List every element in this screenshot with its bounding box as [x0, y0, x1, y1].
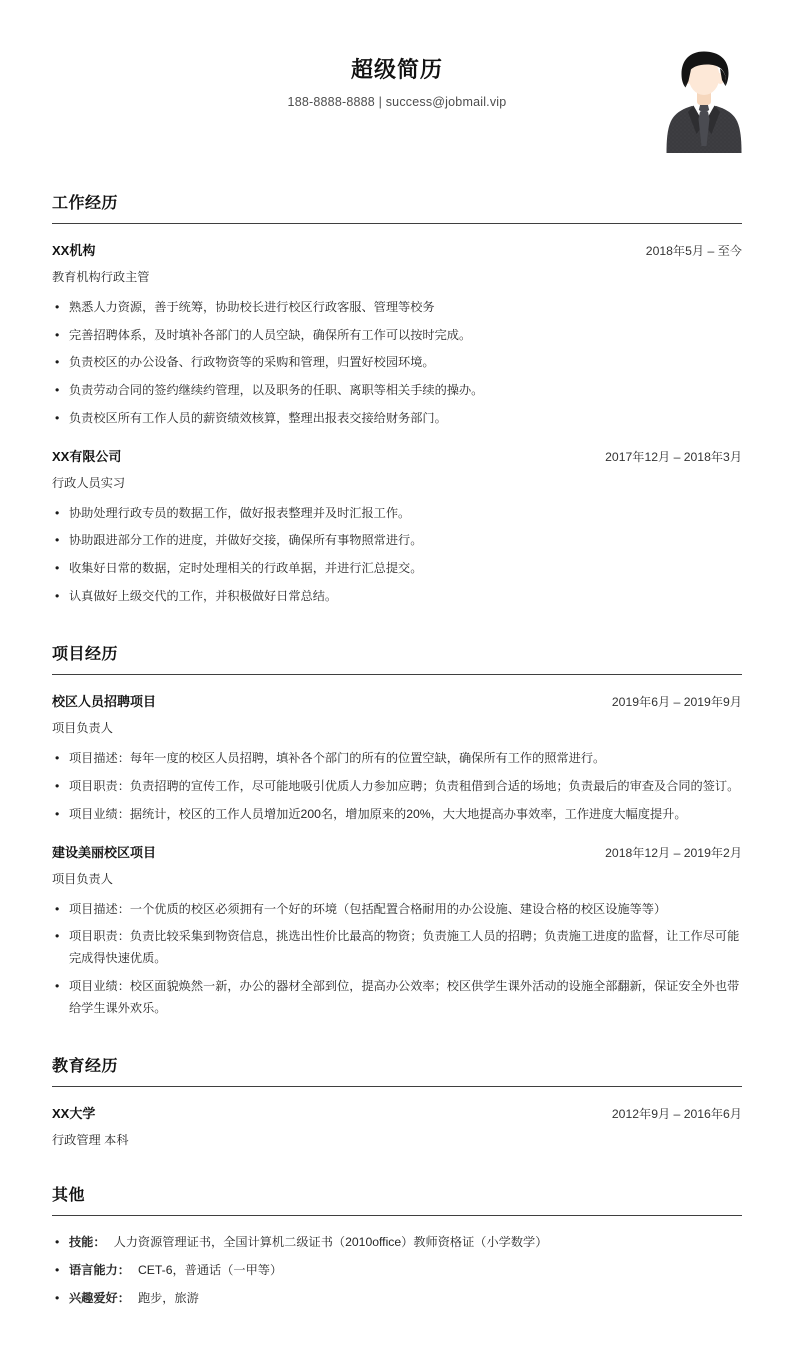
bullet-item: 兴趣爱好：跑步，旅游 [52, 1288, 742, 1310]
bullet-item: 负责劳动合同的签约继续约管理，以及职务的任职、离职等相关手续的操办。 [52, 380, 742, 402]
bullet-item: 完善招聘体系，及时填补各部门的人员空缺，确保所有工作可以按时完成。 [52, 325, 742, 347]
section-title: 工作经历 [52, 190, 742, 224]
bullet-text: 人力资源管理证书，全国计算机二级证书（2010office）教师资格证（小学数学… [114, 1235, 548, 1249]
bullet-item: 技能：人力资源管理证书，全国计算机二级证书（2010office）教师资格证（小… [52, 1232, 742, 1254]
entry-subtitle: 教育机构行政主管 [52, 268, 742, 285]
bullet-item: 语言能力：CET-6，普通话（一甲等） [52, 1260, 742, 1282]
bullet-item: 项目描述：每年一度的校区人员招聘，填补各个部门的所有的位置空缺，确保所有工作的照… [52, 748, 742, 770]
bullet-text: 认真做好上级交代的工作，并积极做好日常总结。 [69, 589, 337, 603]
resume-section: 教育经历 XX大学 2012年9月 – 2016年6月 行政管理 本科 [52, 1053, 742, 1148]
bullet-item: 协助跟进部分工作的进度，并做好交接，确保所有事物照常进行。 [52, 530, 742, 552]
bullet-text: 协助跟进部分工作的进度，并做好交接，确保所有事物照常进行。 [69, 533, 422, 547]
entry-subtitle: 行政人员实习 [52, 474, 742, 491]
bullet-label: 技能： [69, 1235, 106, 1249]
entry-subtitle: 项目负责人 [52, 719, 742, 736]
bullet-text: 项目描述：每年一度的校区人员招聘，填补各个部门的所有的位置空缺，确保所有工作的照… [69, 751, 605, 765]
bullet-list: 技能：人力资源管理证书，全国计算机二级证书（2010office）教师资格证（小… [52, 1232, 742, 1309]
resume-header: 超级简历 188-8888-8888 | success@jobmail.vip [52, 56, 742, 156]
experience-entry: XX大学 2012年9月 – 2016年6月 行政管理 本科 [52, 1103, 742, 1148]
bullet-item: 认真做好上级交代的工作，并积极做好日常总结。 [52, 586, 742, 608]
bullet-text: 项目描述：一个优质的校区必须拥有一个好的环境（包括配置合格耐用的办公设施、建设合… [69, 902, 666, 916]
resume-body: 工作经历 XX机构 2018年5月 – 至今 教育机构行政主管 熟悉人力资源，善… [52, 190, 742, 1309]
bullet-text: 收集好日常的数据，定时处理相关的行政单据，并进行汇总提交。 [69, 561, 422, 575]
section-entries: 技能：人力资源管理证书，全国计算机二级证书（2010office）教师资格证（小… [52, 1232, 742, 1309]
bullet-text: 跑步，旅游 [138, 1291, 199, 1305]
bullet-text: 项目职责：负责招聘的宣传工作，尽可能地吸引优质人力参加应聘；负责租借到合适的场地… [69, 779, 739, 793]
bullet-text: 熟悉人力资源，善于统筹，协助校长进行校区行政客服、管理等校务 [69, 300, 435, 314]
entry-date: 2018年12月 – 2019年2月 [605, 844, 742, 861]
entry-name: XX有限公司 [52, 446, 121, 465]
bullet-item: 项目职责：负责比较采集到物资信息，挑选出性价比最高的物资；负责施工人员的招聘；负… [52, 926, 742, 969]
bullet-label: 语言能力： [69, 1263, 130, 1277]
entry-name: 校区人员招聘项目 [52, 691, 156, 710]
experience-entry: XX有限公司 2017年12月 – 2018年3月 行政人员实习 协助处理行政专… [52, 446, 742, 608]
bullet-list: 项目描述：一个优质的校区必须拥有一个好的环境（包括配置合格耐用的办公设施、建设合… [52, 899, 742, 1020]
entry-subtitle: 项目负责人 [52, 870, 742, 887]
bullet-label: 兴趣爱好： [69, 1291, 130, 1305]
entry-date: 2017年12月 – 2018年3月 [605, 448, 742, 465]
entry-name: XX机构 [52, 240, 95, 259]
avatar [664, 49, 744, 153]
resume-section: 工作经历 XX机构 2018年5月 – 至今 教育机构行政主管 熟悉人力资源，善… [52, 190, 742, 607]
bullet-text: CET-6，普通话（一甲等） [138, 1263, 282, 1277]
entry-date: 2019年6月 – 2019年9月 [612, 693, 742, 710]
section-title: 其他 [52, 1182, 742, 1216]
experience-entry: 建设美丽校区项目 2018年12月 – 2019年2月 项目负责人 项目描述：一… [52, 842, 742, 1020]
bullet-item: 项目业绩：据统计，校区的工作人员增加近200名，增加原来的20%，大大地提高办事… [52, 804, 742, 826]
bullet-item: 收集好日常的数据，定时处理相关的行政单据，并进行汇总提交。 [52, 558, 742, 580]
experience-entry: XX机构 2018年5月 – 至今 教育机构行政主管 熟悉人力资源，善于统筹，协… [52, 240, 742, 430]
section-entries: XX大学 2012年9月 – 2016年6月 行政管理 本科 [52, 1103, 742, 1148]
bullet-item: 负责校区所有工作人员的薪资绩效核算，整理出报表交接给财务部门。 [52, 408, 742, 430]
entry-name: XX大学 [52, 1103, 95, 1122]
bullet-list: 项目描述：每年一度的校区人员招聘，填补各个部门的所有的位置空缺，确保所有工作的照… [52, 748, 742, 825]
resume-section: 其他 技能：人力资源管理证书，全国计算机二级证书（2010office）教师资格… [52, 1182, 742, 1309]
bullet-list: 协助处理行政专员的数据工作，做好报表整理并及时汇报工作。 协助跟进部分工作的进度… [52, 503, 742, 608]
entry-head: XX大学 2012年9月 – 2016年6月 [52, 1103, 742, 1122]
bullet-text: 协助处理行政专员的数据工作，做好报表整理并及时汇报工作。 [69, 506, 410, 520]
resume-section: 项目经历 校区人员招聘项目 2019年6月 – 2019年9月 项目负责人 项目… [52, 641, 742, 1019]
bullet-text: 项目职责：负责比较采集到物资信息，挑选出性价比最高的物资；负责施工人员的招聘；负… [69, 929, 739, 965]
experience-entry: 技能：人力资源管理证书，全国计算机二级证书（2010office）教师资格证（小… [52, 1232, 742, 1309]
bullet-item: 项目描述：一个优质的校区必须拥有一个好的环境（包括配置合格耐用的办公设施、建设合… [52, 899, 742, 921]
bullet-list: 熟悉人力资源，善于统筹，协助校长进行校区行政客服、管理等校务 完善招聘体系，及时… [52, 297, 742, 430]
bullet-text: 负责校区所有工作人员的薪资绩效核算，整理出报表交接给财务部门。 [69, 411, 447, 425]
bullet-text: 负责劳动合同的签约继续约管理，以及职务的任职、离职等相关手续的操办。 [69, 383, 483, 397]
bullet-item: 项目业绩：校区面貌焕然一新，办公的器材全部到位，提高办公效率；校区供学生课外活动… [52, 976, 742, 1019]
bullet-item: 负责校区的办公设备、行政物资等的采购和管理，归置好校园环境。 [52, 352, 742, 374]
entry-date: 2012年9月 – 2016年6月 [612, 1105, 742, 1122]
section-entries: 校区人员招聘项目 2019年6月 – 2019年9月 项目负责人 项目描述：每年… [52, 691, 742, 1019]
entry-head: 建设美丽校区项目 2018年12月 – 2019年2月 [52, 842, 742, 861]
section-title: 项目经历 [52, 641, 742, 675]
bullet-text: 项目业绩：据统计，校区的工作人员增加近200名，增加原来的20%，大大地提高办事… [69, 807, 687, 821]
bullet-item: 熟悉人力资源，善于统筹，协助校长进行校区行政客服、管理等校务 [52, 297, 742, 319]
bullet-text: 完善招聘体系，及时填补各部门的人员空缺，确保所有工作可以按时完成。 [69, 328, 471, 342]
bullet-item: 项目职责：负责招聘的宣传工作，尽可能地吸引优质人力参加应聘；负责租借到合适的场地… [52, 776, 742, 798]
entry-head: 校区人员招聘项目 2019年6月 – 2019年9月 [52, 691, 742, 710]
resume-page: 超级简历 188-8888-8888 | success@jobmail.vip [0, 0, 794, 1355]
bullet-text: 项目业绩：校区面貌焕然一新，办公的器材全部到位，提高办公效率；校区供学生课外活动… [69, 979, 739, 1015]
resume-title: 超级简历 [52, 56, 742, 84]
bullet-item: 协助处理行政专员的数据工作，做好报表整理并及时汇报工作。 [52, 503, 742, 525]
entry-name: 建设美丽校区项目 [52, 842, 156, 861]
section-entries: XX机构 2018年5月 – 至今 教育机构行政主管 熟悉人力资源，善于统筹，协… [52, 240, 742, 607]
section-title: 教育经历 [52, 1053, 742, 1087]
experience-entry: 校区人员招聘项目 2019年6月 – 2019年9月 项目负责人 项目描述：每年… [52, 691, 742, 825]
entry-subtitle: 行政管理 本科 [52, 1131, 742, 1148]
bullet-text: 负责校区的办公设备、行政物资等的采购和管理，归置好校园环境。 [69, 355, 435, 369]
contact-line: 188-8888-8888 | success@jobmail.vip [52, 95, 742, 109]
entry-head: XX有限公司 2017年12月 – 2018年3月 [52, 446, 742, 465]
entry-date: 2018年5月 – 至今 [646, 242, 742, 259]
entry-head: XX机构 2018年5月 – 至今 [52, 240, 742, 259]
person-avatar-icon [664, 49, 744, 153]
